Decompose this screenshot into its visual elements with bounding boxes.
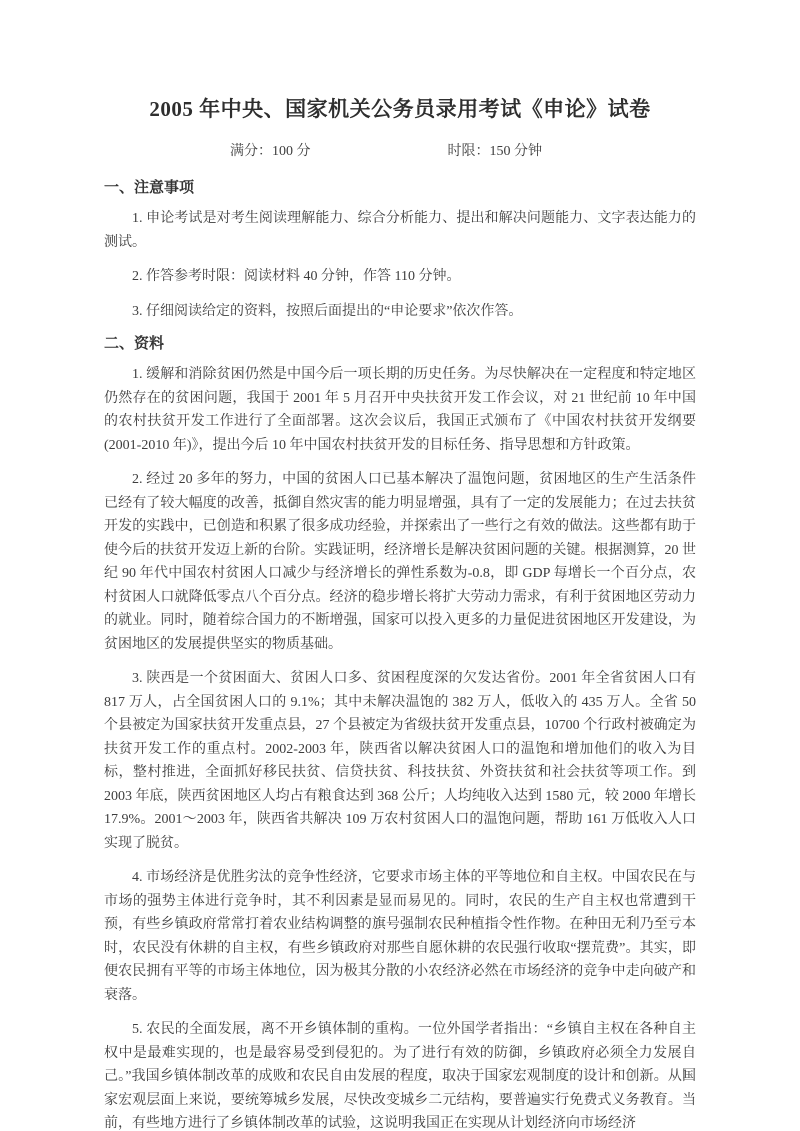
notes-paragraph-3: 3. 仔细阅读给定的资料，按照后面提出的“申论要求”依次作答。 [104, 300, 696, 324]
section-heading-materials: 二、资料 [104, 334, 696, 354]
page-number: 1 [682, 1066, 689, 1082]
section-materials: 二、资料 1. 缓解和消除贫困仍然是中国今后一项长期的历史任务。为尽快解决在一定… [104, 334, 696, 1131]
time-limit-label: 时限：150 分钟 [448, 143, 543, 161]
document-page: 2005 年中央、国家机关公务员录用考试《申论》试卷 满分：100 分 时限：1… [0, 0, 800, 1131]
materials-paragraph-2: 2. 经过 20 多年的努力，中国的贫困人口已基本解决了温饱问题，贫困地区的生产… [104, 468, 696, 656]
section-heading-notes: 一、注意事项 [104, 178, 696, 198]
score-limit-label: 满分：100 分 [230, 143, 311, 161]
section-notes: 一、注意事项 1. 申论考试是对考生阅读理解能力、综合分析能力、提出和解决问题能… [104, 178, 696, 323]
page-title: 2005 年中央、国家机关公务员录用考试《申论》试卷 [104, 96, 696, 122]
document-content: 2005 年中央、国家机关公务员录用考试《申论》试卷 满分：100 分 时限：1… [0, 0, 800, 1131]
materials-paragraph-1: 1. 缓解和消除贫困仍然是中国今后一项长期的历史任务。为尽快解决在一定程度和特定… [104, 363, 696, 457]
materials-paragraph-5: 5. 农民的全面发展，离不开乡镇体制的重构。一位外国学者指出：“乡镇自主权在各种… [104, 1018, 696, 1131]
notes-paragraph-1: 1. 申论考试是对考生阅读理解能力、综合分析能力、提出和解决问题能力、文字表达能… [104, 207, 696, 254]
materials-paragraph-4: 4. 市场经济是优胜劣汰的竞争性经济，它要求市场主体的平等地位和自主权。中国农民… [104, 866, 696, 1007]
notes-paragraph-2: 2. 作答参考时限：阅读材料 40 分钟，作答 110 分钟。 [104, 265, 696, 289]
materials-paragraph-3: 3. 陕西是一个贫困面大、贫困人口多、贫困程度深的欠发达省份。2001 年全省贫… [104, 667, 696, 855]
exam-meta: 满分：100 分 时限：150 分钟 [104, 143, 696, 161]
